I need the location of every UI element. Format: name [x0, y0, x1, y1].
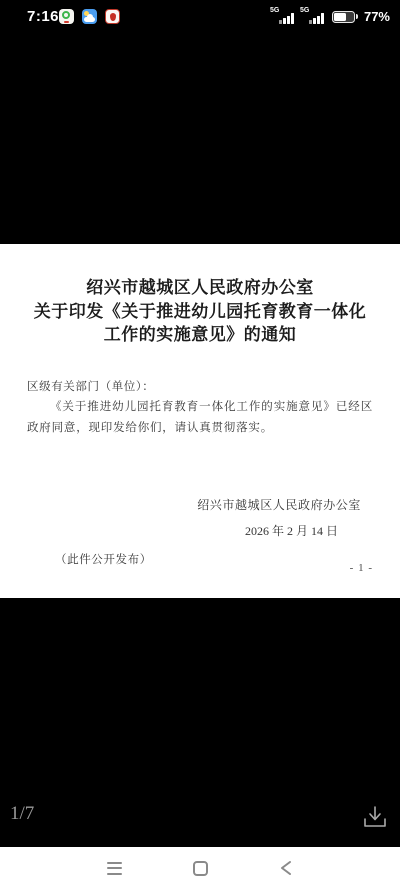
- publish-note: （此件公开发布）: [55, 551, 373, 567]
- home-square-icon: [193, 861, 208, 876]
- back-button[interactable]: [271, 847, 301, 889]
- battery-icon: [332, 11, 358, 23]
- network-type-label: 5G: [300, 7, 309, 14]
- signal-icon-sim2: 5G: [300, 7, 324, 26]
- menu-icon: [107, 862, 122, 875]
- menu-button[interactable]: [99, 847, 129, 889]
- status-bar-right: 5G 5G 77%: [270, 7, 390, 26]
- home-button[interactable]: [185, 847, 215, 889]
- navigation-bar: [0, 847, 400, 889]
- document-page-number: - 1 -: [350, 562, 373, 574]
- signal-icon-sim1: 5G: [270, 7, 294, 26]
- weather-app-icon: [82, 9, 97, 24]
- download-icon: [361, 804, 389, 834]
- issuing-office: 绍兴市越城区人民政府办公室: [0, 496, 400, 513]
- issue-date: 2026 年 2 月 14 日: [0, 522, 400, 539]
- notification-icons: [59, 9, 120, 24]
- green-circle-app-icon: [59, 9, 74, 24]
- phone-screen: 7:16 5G 5G 77% 绍兴市越城区人民政府办公室 关于印发《关于推进幼儿…: [0, 0, 400, 889]
- clock: 7:16: [27, 8, 59, 25]
- red-emblem-app-icon: [105, 9, 120, 24]
- addressee-line: 区级有关部门（单位）：: [27, 378, 373, 394]
- title-line-1: 绍兴市越城区人民政府办公室: [0, 276, 400, 300]
- title-line-3: 工作的实施意见》的通知: [0, 323, 400, 347]
- title-line-2: 关于印发《关于推进幼儿园托育教育一体化: [0, 300, 400, 324]
- document-page[interactable]: 绍兴市越城区人民政府办公室 关于印发《关于推进幼儿园托育教育一体化 工作的实施意…: [0, 244, 400, 598]
- page-indicator: 1/7: [10, 803, 34, 825]
- back-chevron-icon: [279, 860, 293, 876]
- document-body-paragraph: 《关于推进幼儿园托育教育一体化工作的实施意见》已经区政府同意，现印发给你们，请认…: [27, 397, 373, 439]
- download-button[interactable]: [361, 804, 389, 834]
- battery-percentage: 77%: [364, 9, 390, 24]
- status-bar: 7:16 5G 5G 77%: [0, 0, 400, 36]
- network-type-label: 5G: [270, 7, 279, 14]
- document-title: 绍兴市越城区人民政府办公室 关于印发《关于推进幼儿园托育教育一体化 工作的实施意…: [0, 276, 400, 347]
